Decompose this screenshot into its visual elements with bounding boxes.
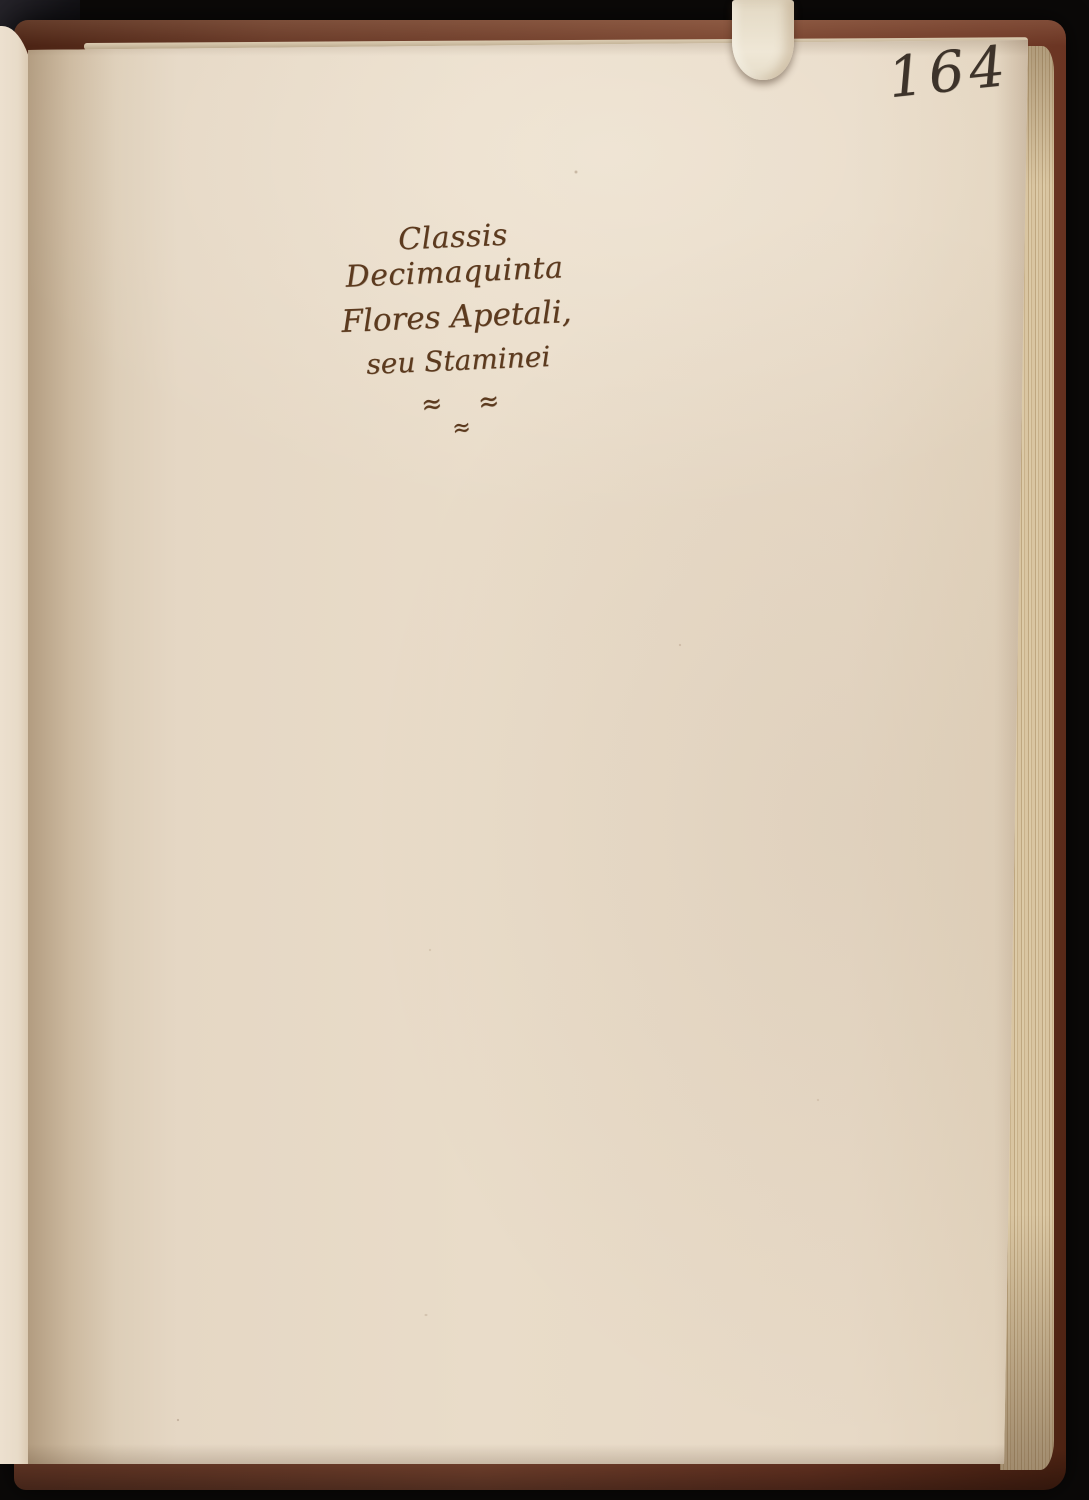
manuscript-photo: 164 Classis Decimaquinta Flores Apetali,…: [0, 0, 1089, 1500]
flourish-icon: ≈: [477, 386, 500, 417]
bookmark-tab: [732, 0, 794, 80]
heading-line-1: Classis Decimaquinta: [285, 213, 622, 298]
heading-line-3: seu Staminei: [291, 337, 626, 385]
flourish-icon: ≈: [420, 388, 443, 419]
folio-number: 164: [885, 34, 1013, 111]
flourish-icon: ≈: [451, 415, 472, 442]
chapter-heading: Classis Decimaquinta Flores Apetali, seu…: [285, 213, 628, 447]
heading-line-2: Flores Apetali,: [289, 292, 624, 343]
